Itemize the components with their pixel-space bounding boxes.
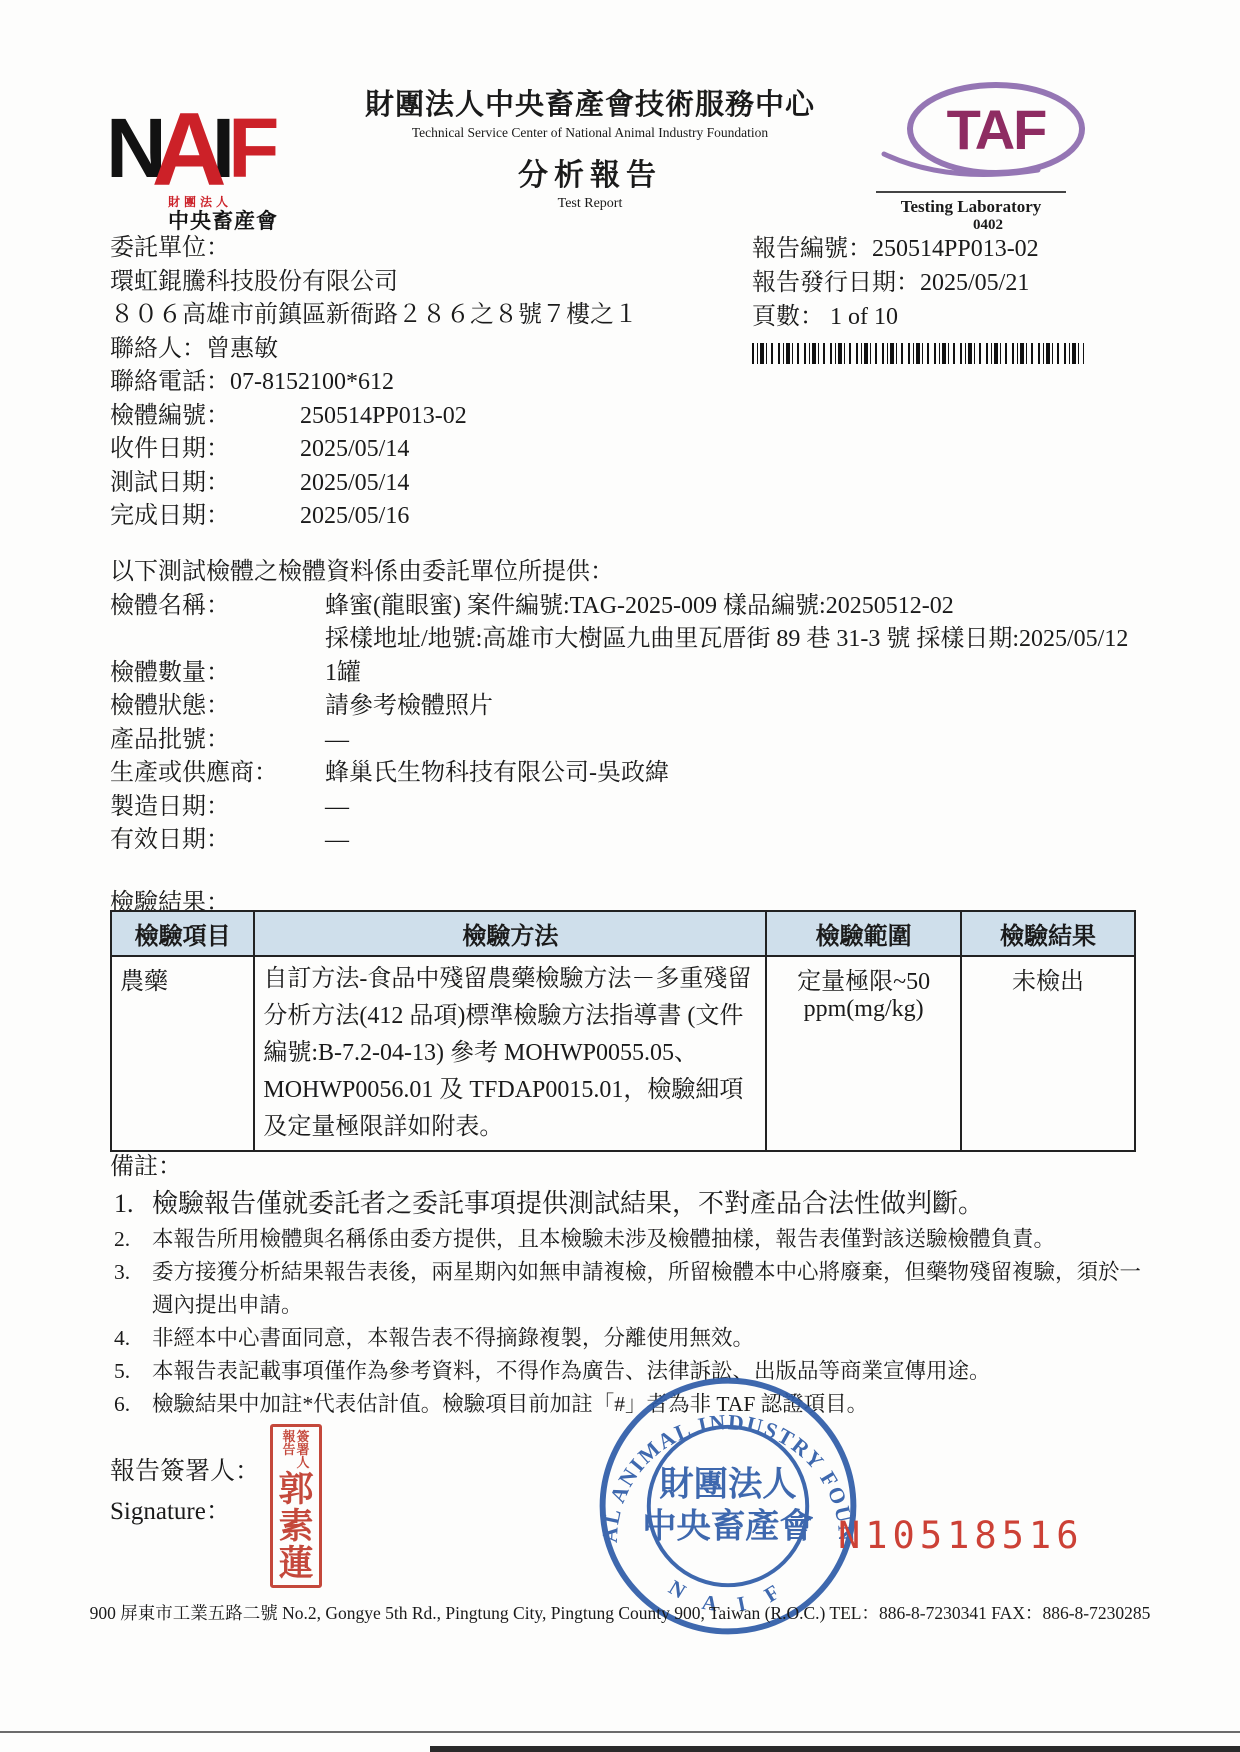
field-complete-date: 完成日期： 2025/05/16 <box>110 500 710 534</box>
stamp-title-right-col: 簽 署 人 <box>297 1430 310 1469</box>
field-sample-name: 檢體名稱： 蜂蜜(龍眼蜜) 案件編號:TAG-2025-009 樣品編號:202… <box>110 590 1150 624</box>
field-value: 2025/05/14 <box>300 467 409 501</box>
field-value: 1罐 <box>325 657 361 691</box>
naif-letter-f: F <box>228 101 272 195</box>
scan-artifact-edge <box>430 1746 1240 1752</box>
report-number: 報告編號：250514PP013-02 <box>752 232 1152 266</box>
cell-test-range: 定量極限~50 ppm(mg/kg) <box>766 956 961 1151</box>
report-meta: 報告編號：250514PP013-02 報告發行日期：2025/05/21 頁數… <box>752 232 1152 364</box>
report-title-en: Test Report <box>320 196 860 212</box>
stamp-title-left-col: 報 告 <box>282 1430 295 1469</box>
note-item: 2. 本報告所用檢體與名稱係由委方提供，且本檢驗未涉及檢體抽樣，報告表僅對該送驗… <box>110 1223 1155 1256</box>
field-value: 蜂巢氏生物科技有限公司-吳政緯 <box>325 757 669 791</box>
cell-test-item: 農藥 <box>111 956 254 1151</box>
col-header-method: 檢驗方法 <box>254 911 766 956</box>
client-phone: 聯絡電話：07-8152100*612 <box>110 366 710 400</box>
field-label: 檢體名稱： <box>110 590 325 624</box>
note-item: 1. 檢驗報告僅就委託者之委託事項提供測試結果，不對產品合法性做判斷。 <box>110 1185 1155 1223</box>
cell-test-method: 自訂方法-食品中殘留農藥檢驗方法－多重殘留分析方法(412 品項)標準檢驗方法指… <box>254 956 766 1151</box>
stamp-name-char: 素 <box>274 1508 318 1545</box>
field-sample-quantity: 檢體數量： 1罐 <box>110 657 1150 691</box>
field-value: 250514PP013-02 <box>300 400 467 434</box>
field-label: 製造日期： <box>110 791 325 825</box>
test-report-page: NAIF 財團法人 中央畜産會 財團法人中央畜產會技術服務中心 Technica… <box>0 0 1240 1752</box>
stamp-char: 告 <box>282 1443 295 1456</box>
barcode <box>752 343 1084 364</box>
results-header-row: 檢驗項目 檢驗方法 檢驗範圍 檢驗結果 <box>111 911 1135 956</box>
report-pages: 頁數： 1 of 10 <box>752 300 1152 334</box>
field-label: 收件日期： <box>110 433 300 467</box>
naif-letter-a: A <box>152 92 220 208</box>
field-supplier: 生產或供應商： 蜂巢氏生物科技有限公司-吳政緯 <box>110 757 1150 791</box>
field-sample-no: 檢體編號： 250514PP013-02 <box>110 400 710 434</box>
field-value: — <box>325 824 349 858</box>
naif-logo-letters: NAIF <box>106 90 306 194</box>
note-number: 4. <box>110 1322 152 1355</box>
taf-label: Testing Laboratory <box>876 191 1066 217</box>
note-text: 委方接獲分析結果報告表後，兩星期內如無申請複檢，所留檢體本中心將廢棄，但藥物殘留… <box>152 1256 1155 1322</box>
col-header-range: 檢驗範圍 <box>766 911 961 956</box>
client-address: ８０６高雄市前鎮區新衙路２８６之８號７樓之１ <box>110 299 710 333</box>
cell-test-result: 未檢出 <box>961 956 1135 1151</box>
field-label: 有效日期： <box>110 824 325 858</box>
sample-info: 以下測試檢體之檢體資料係由委託單位所提供： 檢體名稱： 蜂蜜(龍眼蜜) 案件編號… <box>110 556 1150 858</box>
field-batch-no: 產品批號： — <box>110 724 1150 758</box>
foundation-seal: NATIONAL ANIMAL INDUSTRY FOUNDATION N A … <box>596 1374 860 1638</box>
field-value: 2025/05/14 <box>300 433 409 467</box>
title-block: 財團法人中央畜產會技術服務中心 Technical Service Center… <box>320 82 860 212</box>
client-contact: 聯絡人：曾惠敏 <box>110 333 710 367</box>
note-item: 3. 委方接獲分析結果報告表後，兩星期內如無申請複檢，所留檢體本中心將廢棄，但藥… <box>110 1256 1155 1322</box>
field-exp-date: 有效日期： — <box>110 824 1150 858</box>
col-header-item: 檢驗項目 <box>111 911 254 956</box>
field-received-date: 收件日期： 2025/05/14 <box>110 433 710 467</box>
note-item: 4. 非經本中心書面同意，本報告表不得摘錄複製，分離使用無效。 <box>110 1322 1155 1355</box>
field-label: 產品批號： <box>110 724 325 758</box>
field-value: 蜂蜜(龍眼蜜) 案件編號:TAG-2025-009 樣品編號:20250512-… <box>325 590 954 624</box>
stamp-char: 人 <box>297 1456 310 1469</box>
naif-caption-large: 中央畜産會 <box>168 210 306 234</box>
field-value: 請參考檢體照片 <box>325 690 493 724</box>
stamp-name-char: 郭 <box>274 1471 318 1508</box>
client-info: 委託單位： 環虹錕騰科技股份有限公司 ８０６高雄市前鎮區新衙路２８６之８號７樓之… <box>110 232 710 534</box>
signer-label-en: Signature： <box>110 1492 260 1532</box>
svg-text:財團法人: 財團法人 <box>659 1465 796 1503</box>
field-value: — <box>325 724 349 758</box>
note-text: 本報告所用檢體與名稱係由委方提供，且本檢驗未涉及檢體抽樣，報告表僅對該送驗檢體負… <box>152 1223 1055 1256</box>
footer-address: 900 屏東市工業五路二號 No.2, Gongye 5th Rd., Ping… <box>0 1600 1240 1625</box>
taf-logo-icon: TAF <box>878 82 1098 184</box>
note-text: 檢驗報告僅就委託者之委託事項提供測試結果，不對產品合法性做判斷。 <box>152 1185 984 1223</box>
field-value: — <box>325 791 349 825</box>
field-mfg-date: 製造日期： — <box>110 791 1150 825</box>
foundation-seal-icon: NATIONAL ANIMAL INDUSTRY FOUNDATION N A … <box>596 1374 860 1638</box>
field-label: 檢體狀態： <box>110 690 325 724</box>
sample-intro: 以下測試檢體之檢體資料係由委託單位所提供： <box>110 556 1150 590</box>
client-company: 環虹錕騰科技股份有限公司 <box>110 266 710 300</box>
taf-mark: TAF Testing Laboratory 0402 <box>868 82 1108 234</box>
scan-artifact-line <box>0 1731 1240 1733</box>
signature-labels: 報告簽署人： Signature： <box>110 1452 260 1532</box>
svg-text:TAF: TAF <box>947 98 1046 161</box>
org-title-zh: 財團法人中央畜產會技術服務中心 <box>320 82 860 123</box>
naif-logo: NAIF 財團法人 中央畜産會 <box>106 90 306 234</box>
stamp-name-char: 蓮 <box>274 1545 318 1582</box>
signer-name-stamp: 簽 署 人 報 告 郭 素 蓮 <box>270 1424 322 1588</box>
field-value: 2025/05/16 <box>300 500 409 534</box>
org-title-en: Technical Service Center of National Ani… <box>320 125 860 141</box>
table-row: 農藥 自訂方法-食品中殘留農藥檢驗方法－多重殘留分析方法(412 品項)標準檢驗… <box>111 956 1135 1151</box>
serial-number-stamp: N10518516 <box>838 1514 1083 1557</box>
note-number: 1. <box>110 1185 152 1223</box>
client-title: 委託單位： <box>110 232 710 266</box>
note-number: 6. <box>110 1388 152 1421</box>
report-title-zh: 分析報告 <box>320 150 860 194</box>
note-text: 本報告表記載事項僅作為參考資料，不得作為廣告、法律訴訟、出版品等商業宣傳用途。 <box>152 1355 991 1388</box>
signer-label-zh: 報告簽署人： <box>110 1452 260 1492</box>
results-table: 檢驗項目 檢驗方法 檢驗範圍 檢驗結果 農藥 自訂方法-食品中殘留農藥檢驗方法－… <box>110 910 1136 1152</box>
field-label: 完成日期： <box>110 500 300 534</box>
field-label: 生產或供應商： <box>110 757 325 791</box>
field-sample-state: 檢體狀態： 請參考檢體照片 <box>110 690 1150 724</box>
note-number: 5. <box>110 1355 152 1388</box>
field-label: 測試日期： <box>110 467 300 501</box>
stamp-title: 簽 署 人 報 告 <box>274 1430 318 1469</box>
note-number: 3. <box>110 1256 152 1322</box>
field-label: 檢體數量： <box>110 657 325 691</box>
field-test-date: 測試日期： 2025/05/14 <box>110 467 710 501</box>
report-issue-date: 報告發行日期：2025/05/21 <box>752 266 1152 300</box>
note-number: 2. <box>110 1223 152 1256</box>
svg-text:中央畜產會: 中央畜產會 <box>642 1508 814 1546</box>
sample-name-line2: 採樣地址/地號:高雄市大樹區九曲里瓦厝街 89 巷 31-3 號 採樣日期:20… <box>325 623 1150 657</box>
stamp-signer-name: 郭 素 蓮 <box>274 1471 318 1582</box>
note-text: 非經本中心書面同意，本報告表不得摘錄複製，分離使用無效。 <box>152 1322 754 1355</box>
notes-label: 備註： <box>110 1146 1155 1181</box>
col-header-result: 檢驗結果 <box>961 911 1135 956</box>
field-label: 檢體編號： <box>110 400 300 434</box>
